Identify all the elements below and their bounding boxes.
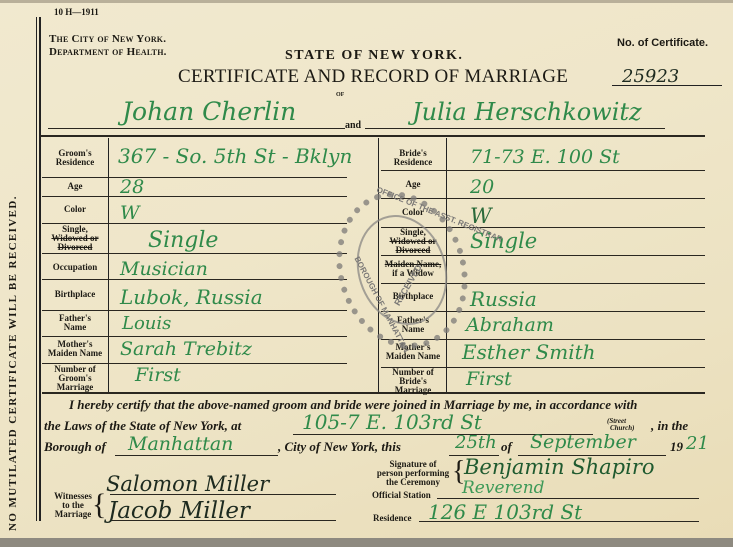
month-value: September <box>530 431 636 453</box>
officiant-signature: Benjamin Shapiro <box>464 455 655 479</box>
scan-bottom-edge <box>0 538 733 547</box>
certificate-number: 25923 <box>622 66 679 87</box>
bride-residence-label: Bride's Residence <box>380 149 446 167</box>
state-heading: STATE OF NEW YORK. <box>285 48 463 64</box>
groom-residence-value: 367 - So. 5th St - Bklyn <box>118 144 352 168</box>
witness-2-signature: Jacob Miller <box>108 498 250 524</box>
groom-name-line <box>48 128 345 129</box>
table-top-rule <box>40 135 705 137</box>
marriage-certificate: NO MUTILATED CERTIFICATE WILL BE RECEIVE… <box>0 0 733 547</box>
witness-1-signature: Salomon Miller <box>106 472 269 496</box>
street-church-label: (Street Church) <box>607 418 635 432</box>
witnesses-brace: { <box>92 490 106 520</box>
certification-line-2-prefix: the Laws of the State of New York, at <box>44 418 241 434</box>
officiant-residence-value: 126 E 103rd St <box>428 500 582 524</box>
groom-mother-label: Mother's Maiden Name <box>44 340 106 358</box>
row-rule <box>42 196 347 197</box>
bride-name-line <box>365 128 665 129</box>
groom-mother-value: Sarah Trebitz <box>120 338 252 360</box>
bride-age-value: 20 <box>470 176 494 198</box>
groom-marital-status-label: Single, Widowed or Divorced <box>42 225 108 252</box>
bride-mother-value: Esther Smith <box>462 340 596 364</box>
row-rule <box>42 336 347 337</box>
day-value: 25th <box>455 432 497 453</box>
officiant-residence-label: Residence <box>373 513 412 523</box>
row-rule <box>381 170 705 171</box>
groom-age-value: 28 <box>120 176 144 198</box>
form-number: 10 H—1911 <box>54 7 99 17</box>
groom-residence-label: Groom's Residence <box>42 149 108 167</box>
groom-marital-status-value: Single <box>148 228 218 253</box>
signature-label-line: the Ceremony <box>372 478 454 487</box>
left-border-line <box>36 17 37 521</box>
bride-marriage-number-label: Number of Bride's Marriage <box>386 368 440 395</box>
certification-line-3-prefix: Borough of <box>44 439 106 455</box>
table-bottom-rule <box>42 392 705 394</box>
page-title: CERTIFICATE AND RECORD OF MARRIAGE <box>178 66 568 88</box>
groom-occupation-label: Occupation <box>42 263 108 272</box>
bride-residence-value: 71-73 E. 100 St <box>470 146 620 168</box>
bride-name: Julia Herschkowitz <box>412 98 642 126</box>
label-divorced: Divorced <box>42 243 108 252</box>
groom-occupation-value: Musician <box>120 258 208 280</box>
groom-color-label: Color <box>42 205 108 214</box>
bride-age-label: Age <box>380 180 446 189</box>
groom-birthplace-label: Birthplace <box>42 290 108 299</box>
row-rule <box>42 177 347 178</box>
groom-marriage-number-value: First <box>135 364 181 386</box>
certification-line-2-suffix: , in the <box>651 418 688 434</box>
city-name: The City of New York. <box>49 33 166 45</box>
department-name: Department of Health. <box>49 46 167 58</box>
officiant-signature-label: Signature of person performing the Cerem… <box>372 460 454 487</box>
row-rule <box>381 198 705 199</box>
left-border-line-inner <box>39 17 41 521</box>
certification-line-3-mid: , City of New York, this <box>278 439 401 455</box>
groom-marriage-number-label: Number of Groom's Marriage <box>46 365 104 392</box>
of-text: of <box>501 439 512 455</box>
groom-age-label: Age <box>42 182 108 191</box>
certificate-number-label: No. of Certificate. <box>617 37 708 49</box>
row-rule <box>42 310 347 311</box>
official-station-line <box>437 498 699 499</box>
official-station-value: Reverend <box>462 478 545 498</box>
ceremony-place: 105-7 E. 103rd St <box>302 410 482 434</box>
groom-father-label: Father's Name <box>50 314 100 332</box>
borough-line <box>115 455 278 456</box>
of-label: OF <box>336 92 344 98</box>
certificate-number-line <box>612 85 722 86</box>
year-suffix: 21 <box>686 433 709 454</box>
groom-color-value: W <box>120 202 140 224</box>
and-label: and <box>345 120 361 131</box>
bride-father-value: Abraham <box>466 314 554 336</box>
borough-value: Manhattan <box>128 433 233 455</box>
scan-top-edge <box>0 0 733 3</box>
bride-marriage-number-value: First <box>466 368 512 390</box>
groom-name: Johan Cherlin <box>122 97 296 126</box>
official-station-label: Official Station <box>372 490 431 500</box>
groom-father-value: Louis <box>122 313 171 334</box>
year-prefix: 19 <box>670 439 683 455</box>
bride-birthplace-value: Russia <box>470 287 537 311</box>
groom-birthplace-value: Lubok, Russia <box>120 285 263 309</box>
row-rule <box>42 253 347 254</box>
mutilated-warning: NO MUTILATED CERTIFICATE WILL BE RECEIVE… <box>7 195 19 531</box>
